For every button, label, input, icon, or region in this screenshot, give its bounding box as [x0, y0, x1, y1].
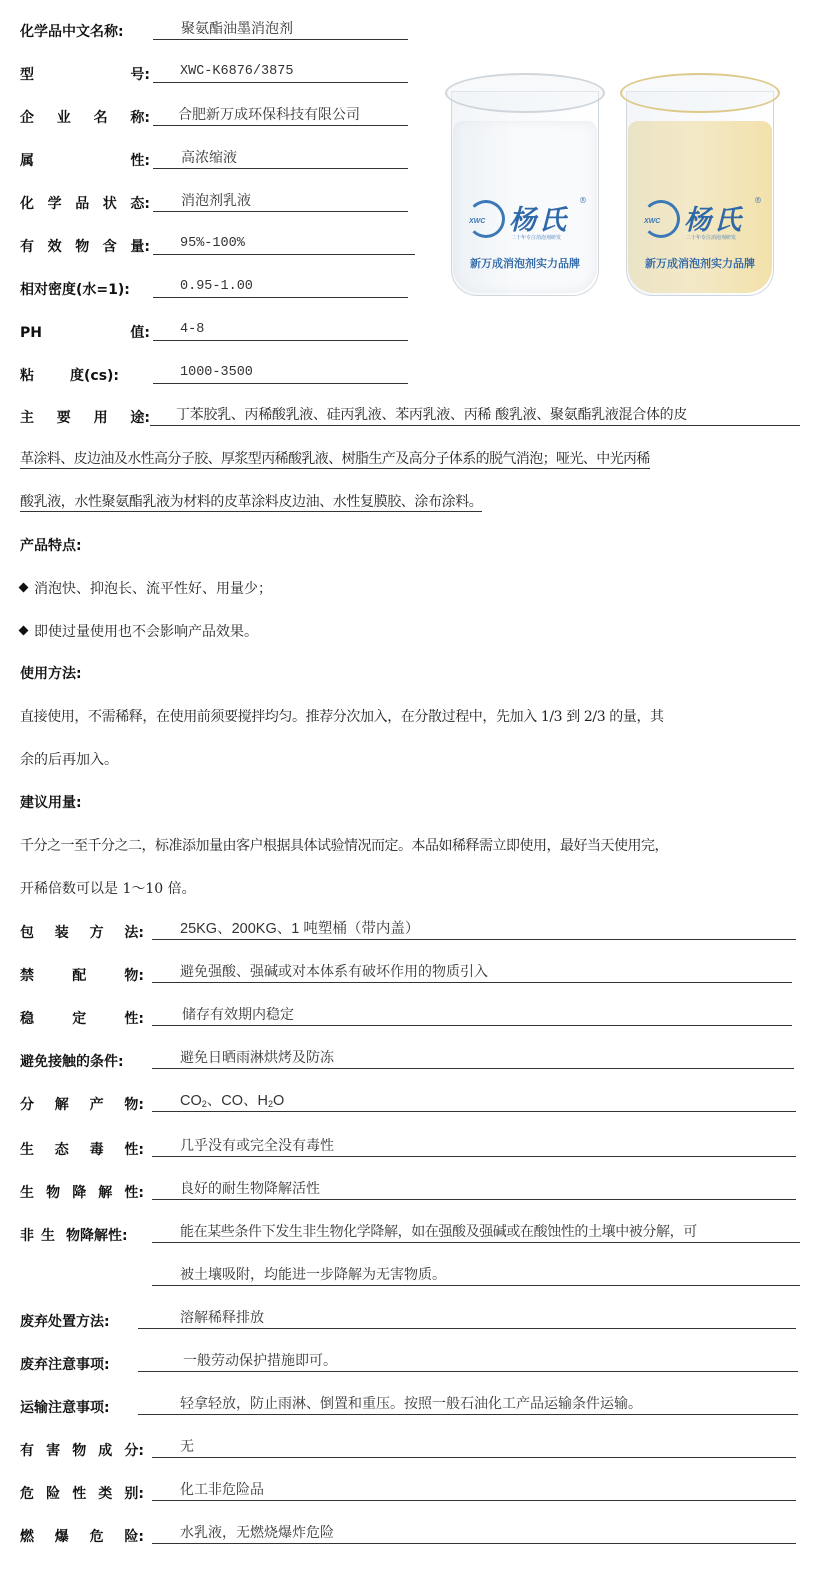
value-chemical-name: 聚氨酯油墨消泡剂	[153, 20, 408, 40]
label-char: 生	[20, 1183, 34, 1203]
label-disposal: 废弃处置方法:	[20, 1312, 140, 1332]
feature-text: 即使过量使用也不会影响产品效果。	[34, 624, 258, 640]
dosage-line-2: 开稀倍数可以是 1～10 倍。	[20, 878, 196, 898]
safety-row-ecotoxicity: 生 态 毒 性:	[20, 1136, 144, 1160]
label-char: 性:	[124, 1183, 144, 1203]
label-abiodegrade: 非 生 物降解性:	[20, 1226, 150, 1246]
value-decomposition: CO2、CO、H2O	[152, 1092, 796, 1112]
registered-icon: ®	[754, 196, 762, 205]
label-content: 有 效 物 含 量:	[20, 237, 150, 257]
label-char: 禁	[20, 966, 34, 986]
diamond-bullet-icon	[19, 583, 29, 593]
beaker-rim	[445, 73, 605, 113]
value-stability: 储存有效期内稳定	[152, 1006, 792, 1026]
registered-icon: ®	[579, 196, 587, 205]
label-char: 号:	[130, 65, 150, 85]
method-line-2: 余的后再加入。	[20, 749, 118, 769]
label-char: 成	[98, 1441, 112, 1461]
label-char: 效	[48, 237, 62, 257]
dosage-line-1: 千分之一至千分之二，标准添加量由客户根据具体试验情况而定。本品如稀释需立即使用，…	[20, 835, 668, 855]
label-char: 性	[72, 1484, 86, 1504]
value-incompatible: 避免强酸、强碱或对本体系有破坏作用的物质引入	[152, 963, 792, 983]
value-property: 高浓缩液	[153, 149, 408, 169]
value-state: 消泡剂乳液	[153, 192, 408, 212]
label-char: 害	[46, 1441, 60, 1461]
label-viscosity: 粘 度(cs):	[20, 366, 150, 386]
label-char: 度(cs):	[70, 366, 119, 386]
logo-tagline: 二十年专注消泡剂研发	[511, 234, 561, 241]
label-char: 稳	[20, 1009, 34, 1029]
beaker-rim	[620, 73, 780, 113]
usage-line-1: 丁苯胶乳、丙稀酸乳液、硅丙乳液、苯丙乳液、丙稀 酸乳液、聚氨酯乳液混合体的皮	[150, 404, 800, 426]
spec-row-name: 化学品中文名称:	[20, 18, 150, 42]
logo-tagline: 二十年专注消泡剂研发	[686, 234, 736, 241]
usage-text: 酸乳液，水性聚氨酯乳液为材料的皮革涂料皮边油、水性复膜胶、涂布涂料。	[20, 494, 482, 512]
label-char: 粘	[20, 366, 70, 386]
label-char: PH	[20, 323, 42, 343]
label-avoid: 避免接触的条件:	[20, 1052, 150, 1072]
feature-item-1: 消泡快、抑泡长、流平性好、用量少；	[20, 578, 272, 598]
label-char: 值:	[130, 323, 150, 343]
label-char: 爆	[55, 1527, 69, 1547]
label-char: 有	[20, 237, 34, 257]
label-ecotoxicity: 生 态 毒 性:	[20, 1140, 144, 1160]
label-char: 包	[20, 923, 34, 943]
method-line-1: 直接使用，不需稀释，在使用前须要搅拌均匀。推荐分次加入，在分散过程中，先加入 1…	[20, 706, 664, 726]
value-disposal-note: 一般劳动保护措施即可。	[138, 1352, 798, 1372]
method-heading: 使用方法:	[20, 663, 82, 683]
spec-row-viscosity: 粘 度(cs):	[20, 362, 150, 386]
label-char: 燃	[20, 1527, 34, 1547]
label-char: 含	[103, 237, 117, 257]
label-char: 态	[55, 1140, 69, 1160]
label-char: 化	[20, 194, 34, 214]
safety-row-avoid: 避免接触的条件:	[20, 1048, 150, 1072]
label-char: 品	[75, 194, 89, 214]
label-char: 法:	[124, 923, 144, 943]
spec-row-density: 相对密度(水=1):	[20, 276, 150, 300]
beaker-yellow: XWC 杨氏 ® 二十年专注消泡剂研发 新万成消泡剂实力品牌	[620, 73, 780, 303]
value-abiodegrade-line-2: 被土壤吸附，均能进一步降解为无害物质。	[152, 1266, 800, 1286]
label-char: 学	[48, 194, 62, 214]
label-char: 称:	[130, 108, 150, 128]
logo-brand: 杨氏	[509, 198, 569, 237]
safety-row-harmful: 有 害 物 成 分:	[20, 1437, 144, 1461]
label-packaging: 包 装 方 法:	[20, 923, 144, 943]
spec-row-ph: PH 值:	[20, 319, 150, 343]
formula-text: 、CO、H	[207, 1093, 268, 1109]
label-char: 物	[46, 1183, 60, 1203]
value-transport: 轻拿轻放，防止雨淋、倒置和重压。按照一般石油化工产品运输条件运输。	[138, 1395, 798, 1415]
label-transport: 运输注意事项:	[20, 1398, 140, 1418]
label-char: 要	[57, 408, 71, 428]
label-hazard-class: 危 险 性 类 别:	[20, 1484, 144, 1504]
label-char: 分:	[124, 1441, 144, 1461]
value-hazard-class: 化工非危险品	[152, 1481, 796, 1501]
label-harmful: 有 害 物 成 分:	[20, 1441, 144, 1461]
label-char: 型	[20, 65, 34, 85]
label-char: 产	[90, 1095, 104, 1115]
safety-row-disposal: 废弃处置方法:	[20, 1308, 140, 1332]
spec-row-company: 企 业 名 称:	[20, 104, 150, 128]
label-disposal-note: 废弃注意事项:	[20, 1355, 140, 1375]
label-char: 生	[20, 1140, 34, 1160]
label-char: 别:	[124, 1484, 144, 1504]
spec-row-content: 有 效 物 含 量:	[20, 233, 150, 257]
safety-row-biodegrade: 生 物 降 解 性:	[20, 1179, 144, 1203]
label-char: 属	[20, 151, 34, 171]
label-stability: 稳 定 性:	[20, 1009, 144, 1029]
label-char: 有	[20, 1441, 34, 1461]
label-char: 危	[20, 1484, 34, 1504]
logo-brand: 杨氏	[684, 198, 744, 237]
label-biodegrade: 生 物 降 解 性:	[20, 1183, 144, 1203]
label-state: 化 学 品 状 态:	[20, 194, 150, 214]
diamond-bullet-icon	[19, 626, 29, 636]
label-decomposition: 分 解 产 物:	[20, 1095, 144, 1115]
slogan: 新万成消泡剂实力品牌	[620, 255, 780, 271]
safety-row-decomposition: 分 解 产 物:	[20, 1091, 144, 1115]
label-model: 型 号:	[20, 65, 150, 85]
label-char: 主	[20, 408, 34, 428]
label-char: 危	[90, 1527, 104, 1547]
usage-text: 丁苯胶乳、丙稀酸乳液、硅丙乳液、苯丙乳液、丙稀 酸乳液、聚氨酯乳液混合体的皮	[150, 404, 800, 426]
safety-row-packaging: 包 装 方 法:	[20, 919, 144, 943]
label-property: 属 性:	[20, 151, 150, 171]
label-char: 类	[98, 1484, 112, 1504]
features-heading: 产品特点:	[20, 535, 82, 555]
safety-row-disposal-note: 废弃注意事项:	[20, 1351, 140, 1375]
label-char: 解	[98, 1183, 112, 1203]
safety-row-explosion: 燃 爆 危 险:	[20, 1523, 144, 1547]
slogan: 新万成消泡剂实力品牌	[445, 255, 605, 271]
value-ecotoxicity: 几乎没有或完全没有毒性	[152, 1137, 796, 1157]
label-incompatible: 禁 配 物:	[20, 966, 144, 986]
spec-row-state: 化 学 品 状 态:	[20, 190, 150, 214]
label-char: 配	[72, 966, 86, 986]
label-char: 性:	[124, 1009, 144, 1029]
value-explosion: 水乳液，无燃烧爆炸危险	[152, 1524, 796, 1544]
label-char: 分	[20, 1095, 34, 1115]
value-model: XWC-K6876/3875	[153, 63, 408, 83]
label-char: 名	[94, 108, 108, 128]
label-char: 非	[20, 1226, 41, 1246]
label-char: 物:	[124, 966, 144, 986]
label-char: 性:	[130, 151, 150, 171]
value-biodegrade: 良好的耐生物降解活性	[152, 1180, 796, 1200]
label-char: 态:	[130, 194, 150, 214]
label-char: 物	[72, 1441, 86, 1461]
label-char: 解	[55, 1095, 69, 1115]
usage-text: 革涂料、皮边油及水性高分子胶、厚浆型丙稀酸乳液、树脂生产及高分子体系的脱气消泡；…	[20, 451, 650, 469]
value-content: 95%-100%	[153, 235, 415, 255]
value-avoid: 避免日晒雨淋烘烤及防冻	[152, 1049, 794, 1069]
label-char: 用	[94, 408, 108, 428]
label-char: 性:	[124, 1140, 144, 1160]
value-disposal: 溶解稀释排放	[138, 1309, 796, 1329]
brand-logo: XWC 杨氏 ® 二十年专注消泡剂研发	[642, 198, 762, 246]
logo-abbr: XWC	[469, 218, 485, 225]
feature-item-2: 即使过量使用也不会影响产品效果。	[20, 621, 258, 641]
formula-text: O	[273, 1093, 284, 1109]
label-char: 生	[41, 1226, 66, 1246]
safety-row-abiodegrade: 非 生 物降解性:	[20, 1222, 150, 1246]
beaker-white: XWC 杨氏 ® 二十年专注消泡剂研发 新万成消泡剂实力品牌	[445, 73, 605, 303]
safety-row-incompatible: 禁 配 物:	[20, 962, 144, 986]
label-char: 状	[103, 194, 117, 214]
label-usage: 主 要 用 途:	[20, 408, 150, 428]
label-char: 定	[72, 1009, 86, 1029]
spec-row-model: 型 号:	[20, 61, 150, 85]
label-density: 相对密度(水=1):	[20, 280, 150, 300]
label-char: 降	[72, 1183, 86, 1203]
safety-row-stability: 稳 定 性:	[20, 1005, 144, 1029]
label-char: 物	[75, 237, 89, 257]
dosage-heading: 建议用量:	[20, 792, 82, 812]
feature-text: 消泡快、抑泡长、流平性好、用量少；	[34, 581, 272, 597]
label-char: 毒	[90, 1140, 104, 1160]
safety-row-transport: 运输注意事项:	[20, 1394, 140, 1418]
value-company: 合肥新万成环保科技有限公司	[153, 106, 408, 126]
usage-line-3: 酸乳液，水性聚氨酯乳液为材料的皮革涂料皮边油、水性复膜胶、涂布涂料。	[20, 491, 482, 511]
product-image: XWC 杨氏 ® 二十年专注消泡剂研发 新万成消泡剂实力品牌 XWC 杨氏 ® …	[440, 55, 800, 315]
value-ph: 4-8	[153, 321, 408, 341]
label-ph: PH 值:	[20, 323, 150, 343]
label-char: 量:	[130, 237, 150, 257]
label-char: 装	[55, 923, 69, 943]
value-viscosity: 1000-3500	[153, 364, 408, 384]
label-char: 途:	[130, 408, 150, 428]
value-density: 0.95-1.00	[153, 278, 408, 298]
label-explosion: 燃 爆 危 险:	[20, 1527, 144, 1547]
label-char: 物降解性:	[66, 1226, 128, 1246]
label-chemical-name: 化学品中文名称:	[20, 22, 150, 42]
value-abiodegrade-line-1: 能在某些条件下发生非生物化学降解，如在强酸及强碱或在酸蚀性的土壤中被分解，可	[152, 1223, 800, 1243]
label-char: 方	[90, 923, 104, 943]
label-char: 物:	[124, 1095, 144, 1115]
value-harmful: 无	[152, 1438, 796, 1458]
formula-text: CO	[180, 1093, 202, 1109]
value-packaging: 25KG、200KG、1 吨塑桶（带内盖）	[152, 920, 796, 940]
usage-row: 主 要 用 途:	[20, 404, 150, 428]
label-char: 企	[20, 108, 34, 128]
spec-row-property: 属 性:	[20, 147, 150, 171]
label-char: 险	[46, 1484, 60, 1504]
brand-logo: XWC 杨氏 ® 二十年专注消泡剂研发	[467, 198, 587, 246]
label-char: 险:	[124, 1527, 144, 1547]
safety-row-hazard-class: 危 险 性 类 别:	[20, 1480, 144, 1504]
usage-line-2: 革涂料、皮边油及水性高分子胶、厚浆型丙稀酸乳液、树脂生产及高分子体系的脱气消泡；…	[20, 448, 650, 468]
logo-abbr: XWC	[644, 218, 660, 225]
label-company: 企 业 名 称:	[20, 108, 150, 128]
label-char: 业	[57, 108, 71, 128]
